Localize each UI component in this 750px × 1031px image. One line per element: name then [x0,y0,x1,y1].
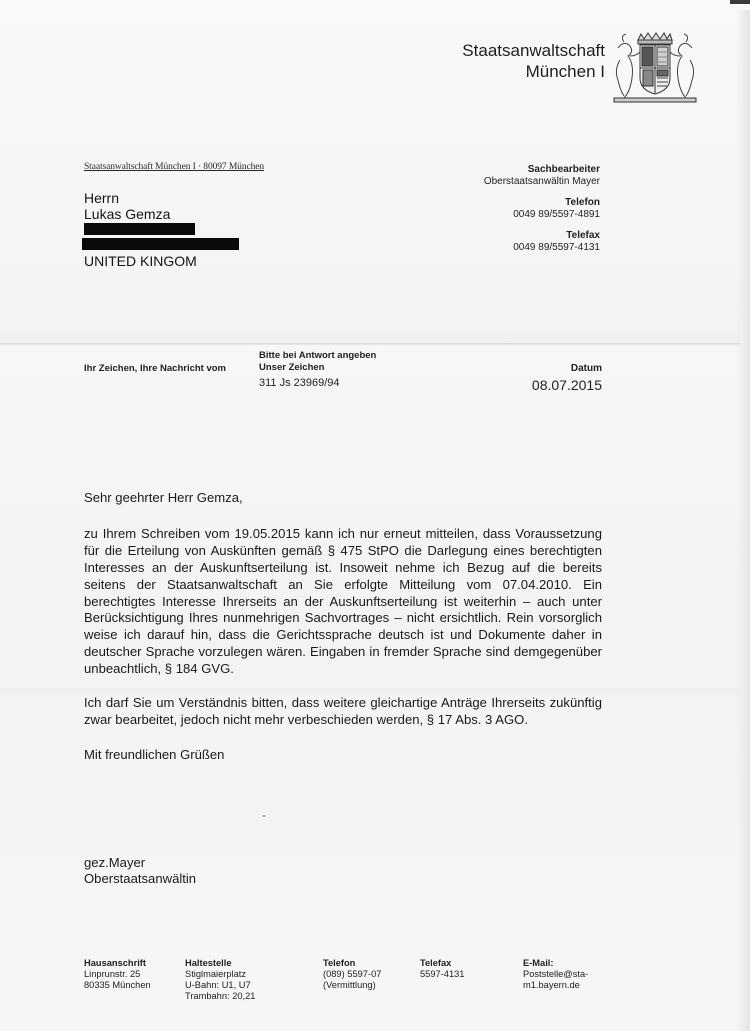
agency-city: München I [462,61,605,82]
recipient-salutation-line: Herrn [84,190,239,206]
footer-label: Telefax [420,958,464,969]
recipient-name: Lukas Gemza [84,206,239,222]
footer-line: 80335 München [84,980,151,991]
phone-label: Telefon [484,197,600,209]
body-paragraph: Ich darf Sie um Verständnis bitten, dass… [84,695,602,729]
your-reference-label: Ihr Zeichen, Ihre Nachricht vom [84,363,226,374]
our-reference-label: Unser Zeichen [259,362,376,374]
agency-name: Staatsanwaltschaft [462,40,605,61]
letter-page: Staatsanwaltschaft München I [0,0,750,1031]
signature-block: gez.Mayer Oberstaatsanwältin [84,855,196,887]
footer-line: U-Bahn: U1, U7 [185,980,255,991]
footer-fax: Telefax 5597-4131 [420,958,464,980]
footer-line: m1.bayern.de [523,980,588,991]
our-reference-hint: Bitte bei Antwort angeben [259,350,376,362]
phone-value: 0049 89/5597-4891 [484,209,600,221]
bavarian-coat-of-arms-icon [610,30,700,105]
fold-line [0,343,740,345]
scan-speck [263,815,265,817]
date-value: 08.07.2015 [532,377,602,393]
footer-label: Haltestelle [185,958,255,969]
footer-line: Poststelle@sta- [523,969,588,980]
closing: Mit freundlichen Grüßen [84,747,602,764]
redaction-bar [84,223,195,235]
footer-address: Hausanschrift Linprunstr. 25 80335 Münch… [84,958,151,991]
handler-value: Oberstaatsanwältin Mayer [484,176,600,188]
date-block: Datum 08.07.2015 [532,363,602,393]
letterhead-agency: Staatsanwaltschaft München I [462,40,605,82]
our-reference: Bitte bei Antwort angeben Unser Zeichen … [259,350,376,389]
scan-corner-mark [730,0,750,4]
date-label: Datum [532,363,602,374]
handler-label: Sachbearbeiter [484,164,600,176]
contact-block: Sachbearbeiter Oberstaatsanwältin Mayer … [484,164,600,263]
paper-edge-shadow [736,10,750,1031]
recipient-block: Herrn Lukas Gemza UNITED KINGOM [84,190,239,269]
signature-title: Oberstaatsanwältin [84,871,196,887]
footer-line: 5597-4131 [420,969,464,980]
footer-line: Stiglmaierplatz [185,969,255,980]
footer-phone: Telefon (089) 5597-07 (Vermittlung) [323,958,381,991]
footer-label: E-Mail: [523,958,588,969]
letter-body: Sehr geehrter Herr Gemza, zu Ihrem Schre… [84,490,602,764]
our-reference-value: 311 Js 23969/94 [259,377,376,389]
body-salutation: Sehr geehrter Herr Gemza, [84,490,602,507]
redaction-bar [82,238,239,250]
footer-line: Trambahn: 20,21 [185,991,255,1002]
footer-line: (089) 5597-07 [323,969,381,980]
fax-label: Telefax [484,230,600,242]
recipient-country: UNITED KINGOM [84,253,239,269]
footer-stop: Haltestelle Stiglmaierplatz U-Bahn: U1, … [185,958,255,1002]
fold-shade [0,318,740,343]
footer-label: Telefon [323,958,381,969]
footer-label: Hausanschrift [84,958,151,969]
return-address: Staatsanwaltschaft München I · 80097 Mün… [84,162,264,172]
body-paragraph: zu Ihrem Schreiben vom 19.05.2015 kann i… [84,526,602,678]
signature-name: gez.Mayer [84,855,196,871]
footer-line: Linprunstr. 25 [84,969,151,980]
footer-line: (Vermittlung) [323,980,381,991]
fax-value: 0049 89/5597-4131 [484,242,600,254]
footer-email: E-Mail: Poststelle@sta- m1.bayern.de [523,958,588,991]
